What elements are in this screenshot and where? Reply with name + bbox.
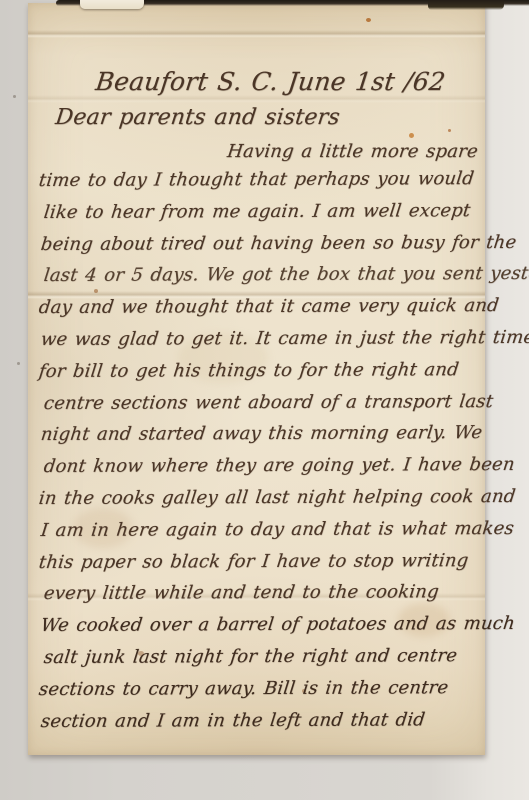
- dust-speck: [17, 362, 20, 365]
- letter-line: every little while and tend to the cooki…: [42, 576, 485, 610]
- scanner-background: Beaufort S. C. June 1st /62 Dear parents…: [0, 0, 529, 800]
- letter-line: salt junk last night for the right and c…: [42, 640, 485, 674]
- letter-line: day and we thought that it came very qui…: [37, 290, 485, 324]
- letter-line: we was glad to get it. It came in just t…: [39, 322, 485, 356]
- letter-page: Beaufort S. C. June 1st /62 Dear parents…: [28, 3, 485, 755]
- paper-crease: [28, 30, 485, 38]
- dust-speck: [13, 95, 16, 98]
- paper-top-fold-bump: [80, 0, 144, 9]
- letter-line: time to day I thought that perhaps you w…: [37, 163, 485, 197]
- ink-stain: [448, 129, 451, 132]
- ink-stain: [366, 18, 371, 22]
- letter-line: this paper so black for I have to stop w…: [37, 545, 485, 579]
- letter-line: dont know where they are going yet. I ha…: [42, 449, 485, 483]
- letter-line: in the cooks galley all last night helpi…: [37, 481, 485, 515]
- letter-line: centre sections went aboard of a transpo…: [42, 386, 485, 420]
- ink-stain: [409, 133, 414, 138]
- letter-salutation: Dear parents and sisters: [54, 105, 341, 130]
- letter-dateline: Beaufort S. C. June 1st /62: [94, 67, 447, 96]
- letter-line: being about tired out having been so bus…: [39, 227, 485, 261]
- letter-line: last 4 or 5 days. We got the box that yo…: [42, 258, 485, 292]
- letter-line: sections to carry away. Bill is in the c…: [37, 672, 485, 706]
- letter-line: for bill to get his things to for the ri…: [37, 354, 485, 388]
- letter-line: We cooked over a barrel of potatoes and …: [39, 608, 485, 642]
- letter-opening-line: Having a little more spare: [226, 141, 479, 162]
- letter-line: I am in here again to day and that is wh…: [39, 513, 485, 547]
- paper-crease: [28, 95, 485, 103]
- letter-line: night and started away this morning earl…: [39, 417, 485, 451]
- letter-line: section and I am in the left and that di…: [39, 704, 485, 738]
- letter-line: like to hear from me again. I am well ex…: [42, 195, 485, 229]
- letter-body: time to day I thought that perhaps you w…: [37, 165, 481, 737]
- paper-top-fold-shadow-right: [428, 0, 504, 10]
